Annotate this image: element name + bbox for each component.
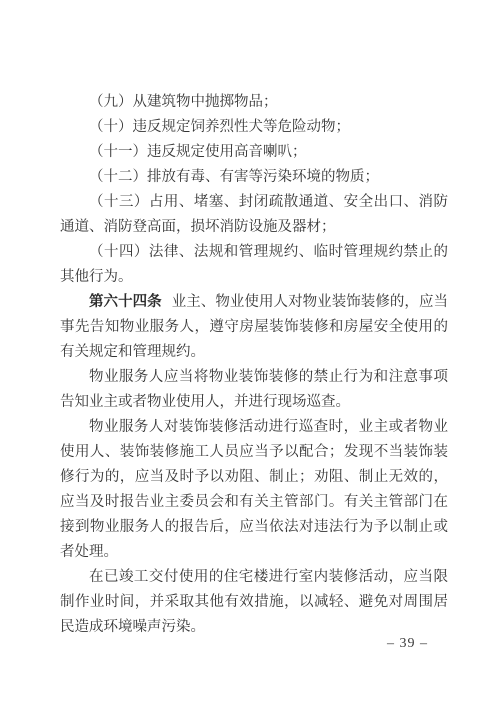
article-64-paragraph: 第六十四条业主、物业使用人对物业装饰装修的，应当事先告知物业服务人，遵守房屋装饰… — [60, 290, 448, 365]
paragraph-inspection-duty: 物业服务人对装饰装修活动进行巡查时，业主或者物业使用人、装饰装修施工人员应当予以… — [60, 415, 448, 565]
document-page: （九）从建筑物中抛掷物品； （十）违反规定饲养烈性犬等危险动物； （十一）违反规… — [0, 0, 500, 707]
article-number: 第六十四条 — [89, 294, 162, 310]
clause-9: （九）从建筑物中抛掷物品； — [60, 90, 448, 115]
clause-14: （十四）法律、法规和管理规约、临时管理规约禁止的其他行为。 — [60, 240, 448, 290]
clause-13: （十三）占用、堵塞、封闭疏散通道、安全出口、消防通道、消防登高面，损坏消防设施及… — [60, 190, 448, 240]
paragraph-noise-restriction: 在已竣工交付使用的住宅楼进行室内装修活动，应当限制作业时间，并采取其他有效措施，… — [60, 565, 448, 640]
clause-11: （十一）违反规定使用高音喇叭； — [60, 140, 448, 165]
clause-12: （十二）排放有毒、有害等污染环境的物质； — [60, 165, 448, 190]
clause-10: （十）违反规定饲养烈性犬等危险动物； — [60, 115, 448, 140]
page-number: – 39 – — [387, 636, 428, 652]
body-text: （九）从建筑物中抛掷物品； （十）违反规定饲养烈性犬等危险动物； （十一）违反规… — [60, 90, 448, 640]
paragraph-decoration-notice: 物业服务人应当将物业装饰装修的禁止行为和注意事项告知业主或者物业使用人，并进行现… — [60, 365, 448, 415]
